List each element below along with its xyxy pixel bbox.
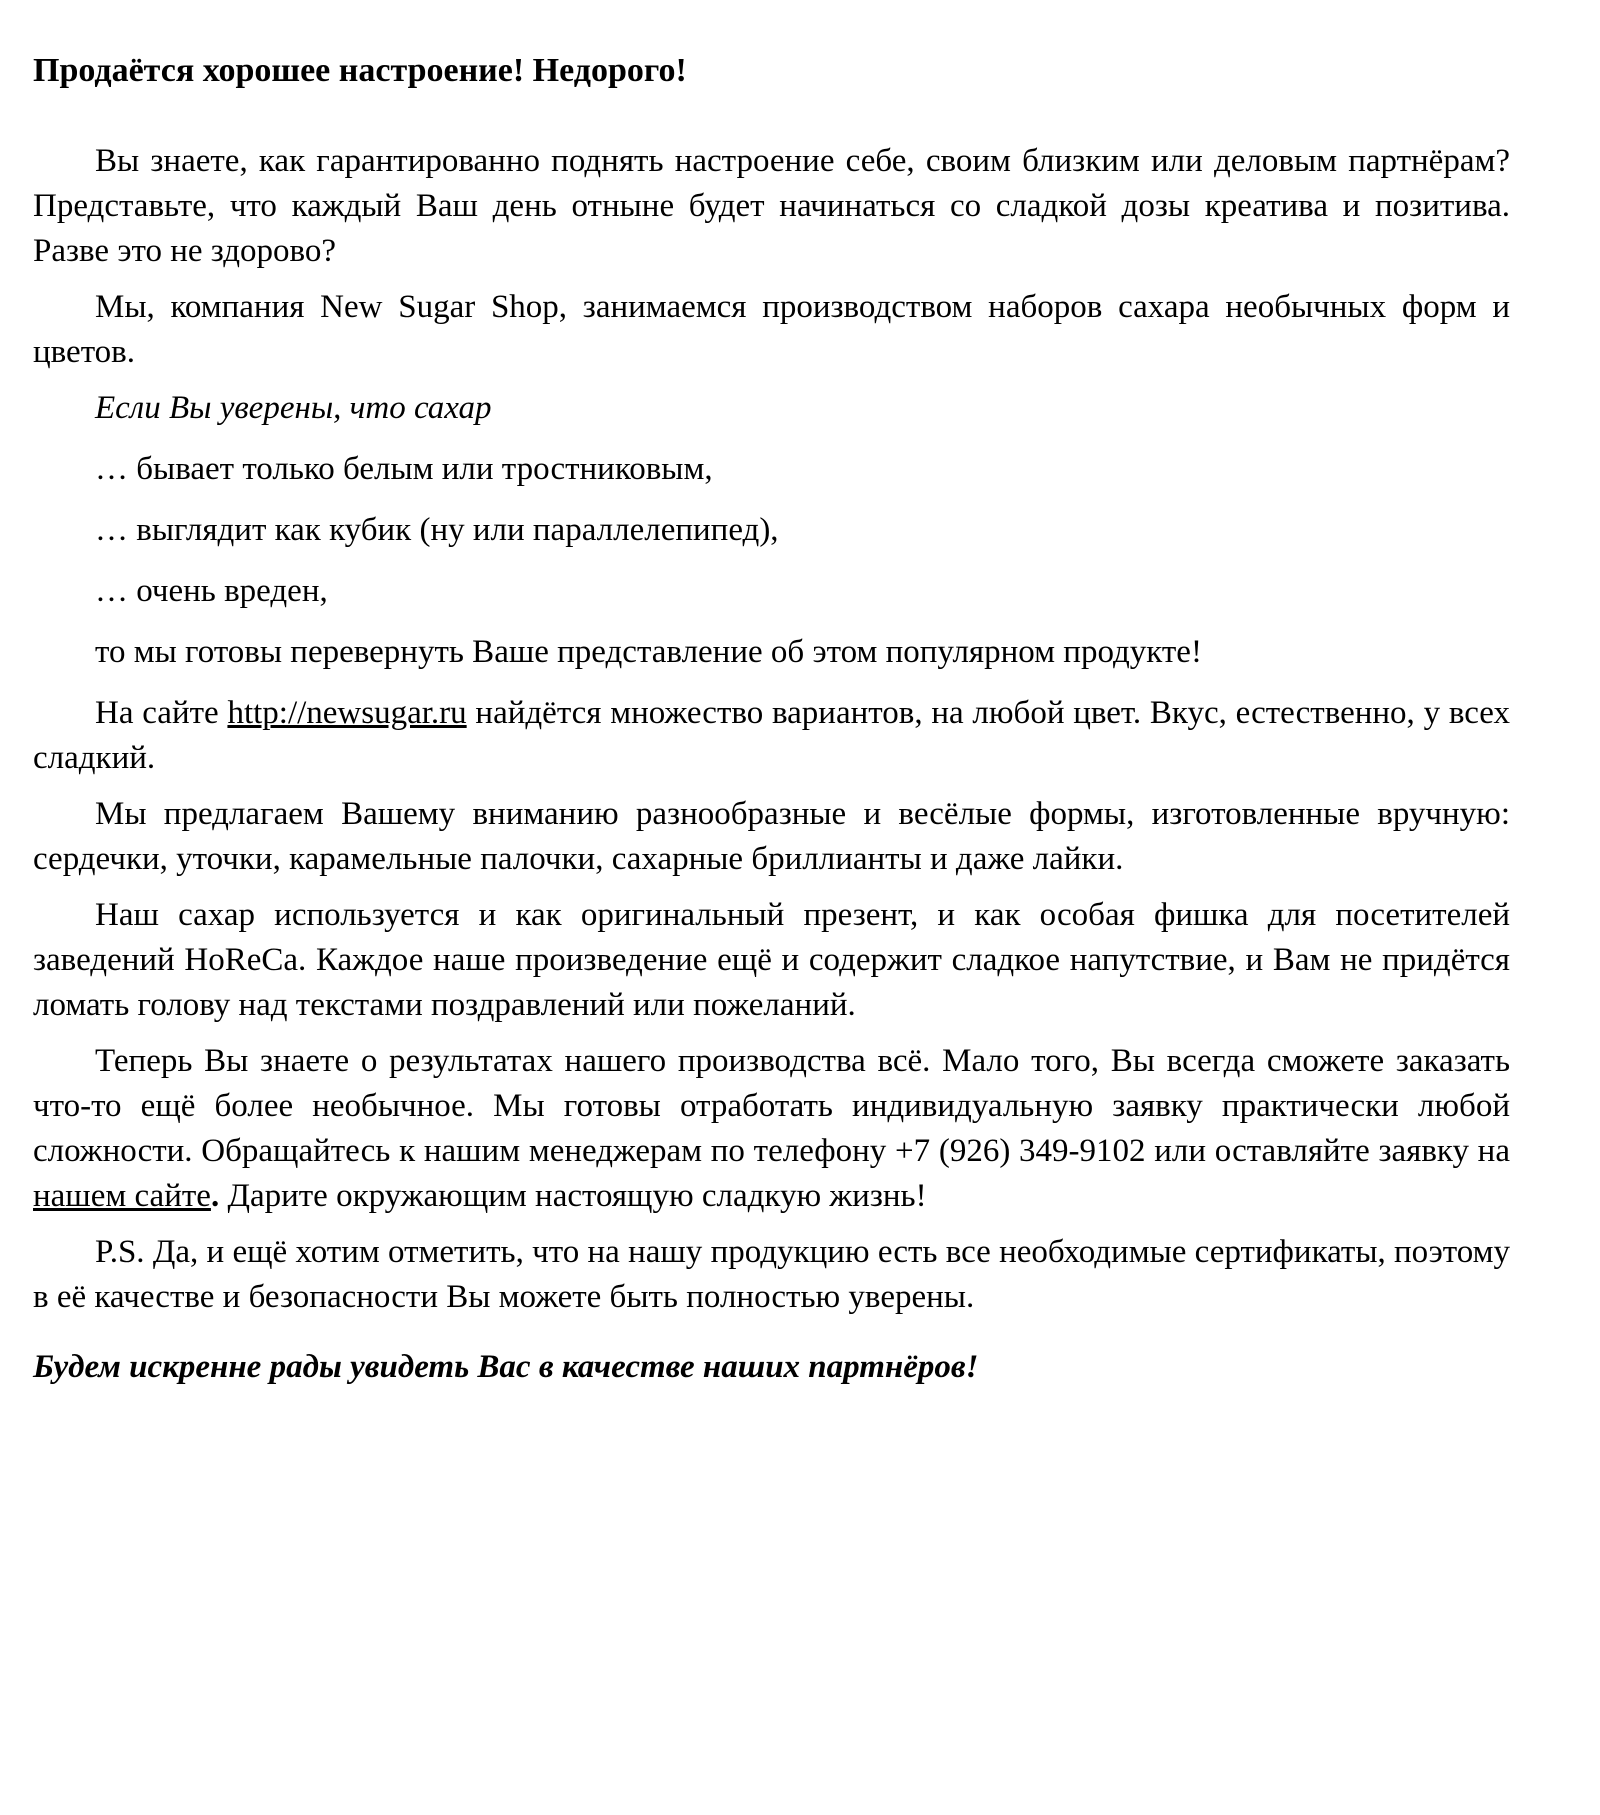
- paragraph-closing: Будем искренне рады увидеть Вас в качест…: [33, 1345, 1510, 1390]
- order-text-before: Теперь Вы знаете о результатах нашего пр…: [33, 1043, 1510, 1169]
- paragraph-order: Теперь Вы знаете о результатах нашего пр…: [33, 1039, 1510, 1219]
- paragraph-horeca: Наш сахар используется и как оригинальны…: [33, 893, 1510, 1028]
- paragraph-conclusion: то мы готовы перевернуть Ваше представле…: [33, 630, 1510, 675]
- paragraph-company: Мы, компания New Sugar Shop, занимаемся …: [33, 285, 1510, 375]
- paragraph-ps: P.S. Да, и ещё хотим отметить, что на на…: [33, 1230, 1510, 1320]
- order-bold-period: .: [211, 1178, 219, 1214]
- paragraph-forms: Мы предлагаем Вашему вниманию разнообраз…: [33, 792, 1510, 882]
- website-text-before: На сайте: [95, 695, 227, 731]
- document-title: Продаётся хорошее настроение! Недорого!: [33, 48, 1510, 93]
- bullet-item-harmful: … очень вреден,: [33, 569, 1510, 614]
- newsugar-url-link[interactable]: http://newsugar.ru: [227, 695, 466, 731]
- bullet-item-cube-shape: … выглядит как кубик (ну или параллелепи…: [33, 508, 1510, 553]
- bullet-item-white-sugar: … бывает только белым или тростниковым,: [33, 447, 1510, 492]
- our-site-link[interactable]: нашем сайте: [33, 1178, 211, 1214]
- paragraph-intro: Вы знаете, как гарантированно поднять на…: [33, 139, 1510, 274]
- order-text-after: Дарите окружающим настоящую сладкую жизн…: [219, 1178, 926, 1214]
- paragraph-website: На сайте http://newsugar.ru найдётся мно…: [33, 691, 1510, 781]
- paragraph-conditional-intro: Если Вы уверены, что сахар: [33, 386, 1510, 431]
- document-page: Продаётся хорошее настроение! Недорого! …: [0, 0, 1600, 1815]
